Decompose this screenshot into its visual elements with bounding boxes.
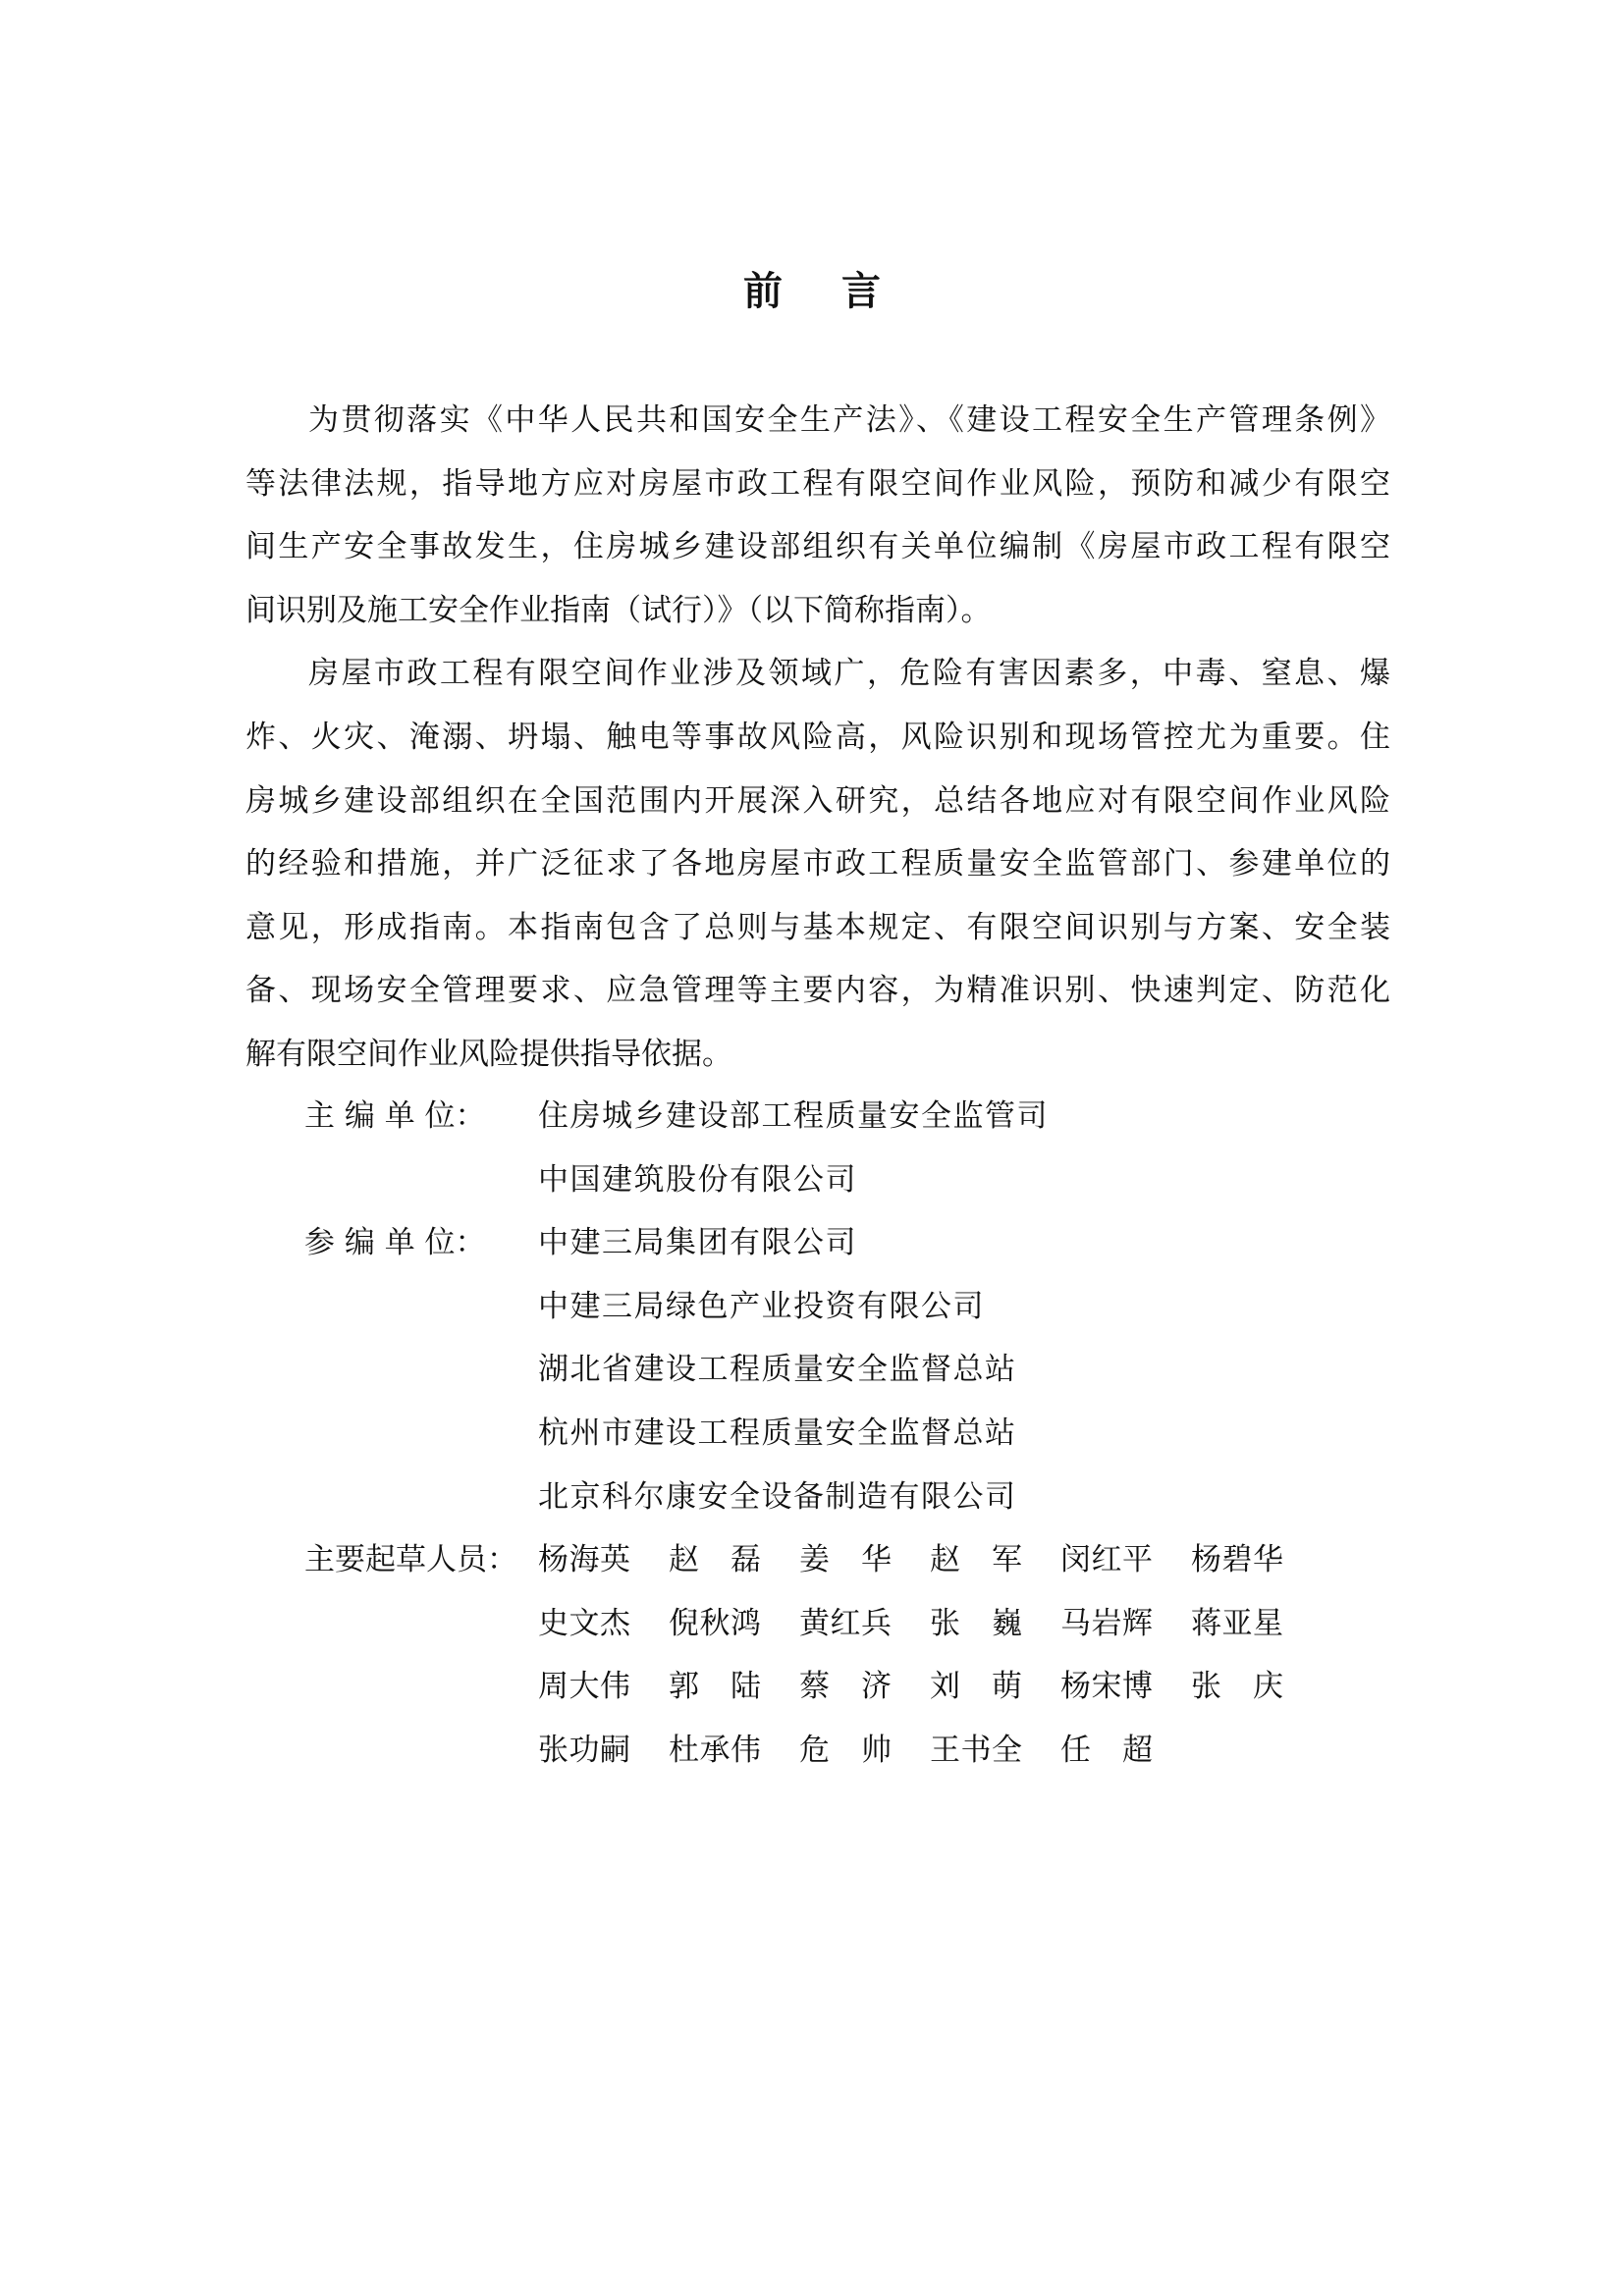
unit-name: 湖北省建设工程质量安全监督总站	[538, 1338, 1017, 1402]
drafter-name: 马岩辉	[1060, 1592, 1191, 1656]
paragraph-line: 意见，形成指南。本指南包含了总则与基本规定、有限空间识别与方案、安全装	[245, 896, 1390, 960]
participating-units: 参 编 单 位： 中建三局集团有限公司 中建三局绿色产业投资有限公司 湖北省建设…	[304, 1211, 1322, 1528]
title-char: 言	[841, 266, 881, 317]
paragraph-line: 炸、火灾、淹溺、坍塌、触电等事故风险高，风险识别和现场管控尤为重要。住	[245, 706, 1390, 770]
paragraph-line: 间识别及施工安全作业指南（试行）》（以下简称指南）。	[245, 579, 1390, 643]
paragraph-line: 备、现场安全管理要求、应急管理等主要内容，为精准识别、快速判定、防范化	[245, 959, 1390, 1023]
participating-label: 参 编 单 位：	[304, 1211, 538, 1275]
drafters-label: 主要起草人员：	[304, 1528, 538, 1592]
drafters-row: 杨海英赵 磊姜 华赵 军闵红平杨碧华	[538, 1528, 1322, 1592]
title-char: 前	[743, 266, 783, 317]
drafter-name: 危 帅	[799, 1719, 930, 1783]
paragraph-line: 房城乡建设部组织在全国范围内开展深入研究，总结各地应对有限空间作业风险	[245, 770, 1390, 833]
paragraph-line: 为贯彻落实《中华人民共和国安全生产法》、《建设工程安全生产管理条例》	[245, 389, 1390, 453]
participating-list: 中建三局集团有限公司 中建三局绿色产业投资有限公司 湖北省建设工程质量安全监督总…	[538, 1211, 1017, 1528]
drafter-name: 倪秋鸿	[669, 1592, 799, 1656]
drafter-name: 郭 陆	[669, 1655, 799, 1719]
drafter-name: 张 庆	[1191, 1655, 1322, 1719]
drafter-name: 姜 华	[799, 1528, 930, 1592]
credits-section: 主 编 单 位： 住房城乡建设部工程质量安全监管司 中国建筑股份有限公司 参 编…	[304, 1085, 1322, 1783]
drafter-name: 赵 磊	[669, 1528, 799, 1592]
paragraph-line: 间生产安全事故发生，住房城乡建设部组织有关单位编制《房屋市政工程有限空	[245, 515, 1390, 579]
paragraph-line: 的经验和措施，并广泛征求了各地房屋市政工程质量安全监管部门、参建单位的	[245, 832, 1390, 896]
unit-name: 中建三局绿色产业投资有限公司	[538, 1275, 1017, 1339]
drafter-name: 张 巍	[930, 1592, 1060, 1656]
drafter-name: 史文杰	[538, 1592, 669, 1656]
drafter-name: 周大伟	[538, 1655, 669, 1719]
drafter-name: 杜承伟	[669, 1719, 799, 1783]
chief-editor-list: 住房城乡建设部工程质量安全监管司 中国建筑股份有限公司	[538, 1085, 1049, 1211]
drafter-name: 黄红兵	[799, 1592, 930, 1656]
drafters-row: 张功嗣杜承伟危 帅王书全任 超	[538, 1719, 1322, 1783]
unit-name: 中国建筑股份有限公司	[538, 1148, 1049, 1212]
drafter-name: 杨宋博	[1060, 1655, 1191, 1719]
preface-body: 为贯彻落实《中华人民共和国安全生产法》、《建设工程安全生产管理条例》 等法律法规…	[245, 389, 1390, 1087]
paragraph-line: 解有限空间作业风险提供指导依据。	[245, 1023, 1390, 1087]
drafters-list: 杨海英赵 磊姜 华赵 军闵红平杨碧华 史文杰倪秋鸿黄红兵张 巍马岩辉蒋亚星 周大…	[538, 1528, 1322, 1782]
drafter-name: 赵 军	[930, 1528, 1060, 1592]
drafter-name: 杨碧华	[1191, 1528, 1322, 1592]
chief-editor-label: 主 编 单 位：	[304, 1085, 538, 1148]
drafter-name: 杨海英	[538, 1528, 669, 1592]
drafters-row: 史文杰倪秋鸿黄红兵张 巍马岩辉蒋亚星	[538, 1592, 1322, 1656]
drafter-name: 张功嗣	[538, 1719, 669, 1783]
page-title: 前言	[0, 266, 1624, 317]
paragraph-1: 为贯彻落实《中华人民共和国安全生产法》、《建设工程安全生产管理条例》 等法律法规…	[245, 389, 1390, 642]
drafters-row: 周大伟郭 陆蔡 济刘 萌杨宋博张 庆	[538, 1655, 1322, 1719]
drafter-name: 蒋亚星	[1191, 1592, 1322, 1656]
unit-name: 住房城乡建设部工程质量安全监管司	[538, 1085, 1049, 1148]
chief-editor-units: 主 编 单 位： 住房城乡建设部工程质量安全监管司 中国建筑股份有限公司	[304, 1085, 1322, 1211]
drafter-name: 刘 萌	[930, 1655, 1060, 1719]
document-page: 前言 为贯彻落实《中华人民共和国安全生产法》、《建设工程安全生产管理条例》 等法…	[0, 0, 1624, 2296]
unit-name: 北京科尔康安全设备制造有限公司	[538, 1466, 1017, 1529]
paragraph-2: 房屋市政工程有限空间作业涉及领域广，危险有害因素多，中毒、窒息、爆 炸、火灾、淹…	[245, 642, 1390, 1086]
drafter-name: 闵红平	[1060, 1528, 1191, 1592]
drafter-name: 蔡 济	[799, 1655, 930, 1719]
unit-name: 中建三局集团有限公司	[538, 1211, 1017, 1275]
paragraph-line: 房屋市政工程有限空间作业涉及领域广，危险有害因素多，中毒、窒息、爆	[245, 642, 1390, 706]
main-drafters: 主要起草人员： 杨海英赵 磊姜 华赵 军闵红平杨碧华 史文杰倪秋鸿黄红兵张 巍马…	[304, 1528, 1322, 1782]
paragraph-line: 等法律法规，指导地方应对房屋市政工程有限空间作业风险，预防和减少有限空	[245, 453, 1390, 516]
unit-name: 杭州市建设工程质量安全监督总站	[538, 1402, 1017, 1466]
drafter-name: 王书全	[930, 1719, 1060, 1783]
drafter-name: 任 超	[1060, 1719, 1191, 1783]
